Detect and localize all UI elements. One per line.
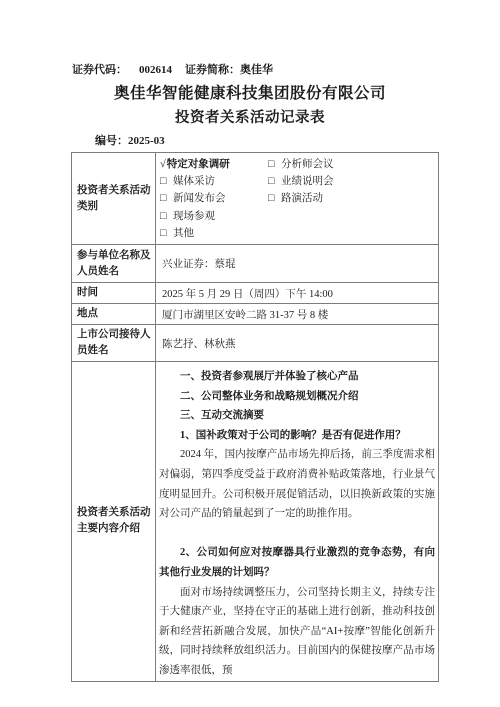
table-row-main-content: 投资者关系活动主要内容介绍 一、投资者参观展厅并体验了核心产品 二、公司整体业务… [72, 362, 439, 682]
option-analyst-meeting: □分析师会议 [268, 156, 334, 173]
question-2: 2、公司如何应对按摩器具行业激烈的竞争态势，有向其他行业发展的计划吗？ [159, 543, 435, 582]
document-number-label: 编号： [95, 135, 128, 147]
option-label: 路演活动 [281, 193, 323, 204]
agenda-item-2: 二、公司整体业务和战略规划概况介绍 [159, 387, 435, 407]
option-label: 分析师会议 [281, 159, 334, 170]
check-line: □新闻发布会□路演活动 [160, 190, 436, 207]
option-site-visit: □现场参观 [160, 208, 268, 225]
stock-info-line: 证券代码：002614证券简称：奥佳华 [72, 61, 273, 77]
document-subtitle: 投资者关系活动记录表 [0, 106, 500, 127]
checkmark-icon: √ [160, 156, 166, 173]
main-content-body: 一、投资者参观展厅并体验了核心产品 二、公司整体业务和战略规划概况介绍 三、互动… [156, 362, 439, 682]
option-label: 媒体采访 [173, 176, 215, 187]
check-line: √特定对象调研□分析师会议 [160, 156, 436, 173]
check-line: □其他 [160, 225, 436, 242]
stock-abbr-label: 证券简称： [185, 64, 240, 76]
option-label: 特定对象调研 [167, 159, 230, 170]
time-value: 2025 年 5 月 29 日（周四）下午 14:00 [156, 283, 439, 304]
option-label: 新闻发布会 [173, 193, 226, 204]
document-page: 证券代码：002614证券简称：奥佳华 奥佳华智能健康科技集团股份有限公司 投资… [0, 0, 500, 707]
stock-abbr-value: 奥佳华 [240, 64, 273, 76]
table-row-location: 地点 厦门市湖里区安岭二路 31-37 号 8 楼 [72, 304, 439, 325]
option-label: 业绩说明会 [281, 176, 334, 187]
agenda-item-3: 三、互动交流摘要 [159, 406, 435, 426]
option-earnings-briefing: □业绩说明会 [268, 173, 334, 190]
activity-type-label: 投资者关系活动类别 [72, 153, 156, 245]
checkbox-icon: □ [160, 173, 173, 190]
company-title: 奥佳华智能健康科技集团股份有限公司 [0, 81, 500, 103]
stock-code-label: 证券代码： [72, 64, 127, 76]
checkbox-icon: □ [160, 225, 173, 242]
agenda-item-1: 一、投资者参观展厅并体验了核心产品 [159, 367, 435, 387]
participants-value: 兴业证券：蔡琨 [156, 245, 439, 283]
check-line: □媒体采访□业绩说明会 [160, 173, 436, 190]
activity-type-options: √特定对象调研□分析师会议 □媒体采访□业绩说明会 □新闻发布会□路演活动 □现… [156, 153, 439, 245]
location-label: 地点 [72, 304, 156, 325]
time-label: 时间 [72, 283, 156, 304]
option-other: □其他 [160, 225, 268, 242]
document-number: 编号：2025-03 [95, 132, 165, 148]
option-press-conference: □新闻发布会 [160, 190, 268, 207]
stock-code-value: 002614 [139, 64, 172, 76]
question-1: 1、国补政策对于公司的影响？是否有促进作用？ [159, 426, 435, 446]
option-roadshow: □路演活动 [268, 190, 323, 207]
checkbox-icon: □ [268, 173, 281, 190]
spacer [159, 524, 435, 544]
checkbox-icon: □ [160, 190, 173, 207]
main-content-label: 投资者关系活动主要内容介绍 [72, 362, 156, 682]
checkbox-icon: □ [160, 208, 173, 225]
receptionists-value: 陈艺抒、林秋燕 [156, 325, 439, 362]
checkbox-icon: □ [268, 156, 281, 173]
table-row-receptionists: 上市公司接待人员姓名 陈艺抒、林秋燕 [72, 325, 439, 362]
table-row-activity-type: 投资者关系活动类别 √特定对象调研□分析师会议 □媒体采访□业绩说明会 □新闻发… [72, 153, 439, 245]
record-table: 投资者关系活动类别 √特定对象调研□分析师会议 □媒体采访□业绩说明会 □新闻发… [71, 152, 439, 682]
option-label: 现场参观 [173, 211, 215, 222]
option-media-interview: □媒体采访 [160, 173, 268, 190]
table-row-participants: 参与单位名称及人员姓名 兴业证券：蔡琨 [72, 245, 439, 283]
option-special-object-research: √特定对象调研 [160, 156, 268, 173]
answer-1: 2024 年，国内按摩产品市场先抑后扬，前三季度需求相对偏弱，第四季度受益于政府… [159, 445, 435, 523]
participants-label: 参与单位名称及人员姓名 [72, 245, 156, 283]
location-value: 厦门市湖里区安岭二路 31-37 号 8 楼 [156, 304, 439, 325]
option-label: 其他 [173, 228, 194, 239]
check-line: □现场参观 [160, 208, 436, 225]
answer-2: 面对市场持续调整压力，公司坚持长期主义，持续专注于大健康产业，坚持在守正的基础上… [159, 583, 435, 681]
checkbox-icon: □ [268, 190, 281, 207]
document-number-value: 2025-03 [128, 135, 165, 147]
table-row-time: 时间 2025 年 5 月 29 日（周四）下午 14:00 [72, 283, 439, 304]
receptionists-label: 上市公司接待人员姓名 [72, 325, 156, 362]
